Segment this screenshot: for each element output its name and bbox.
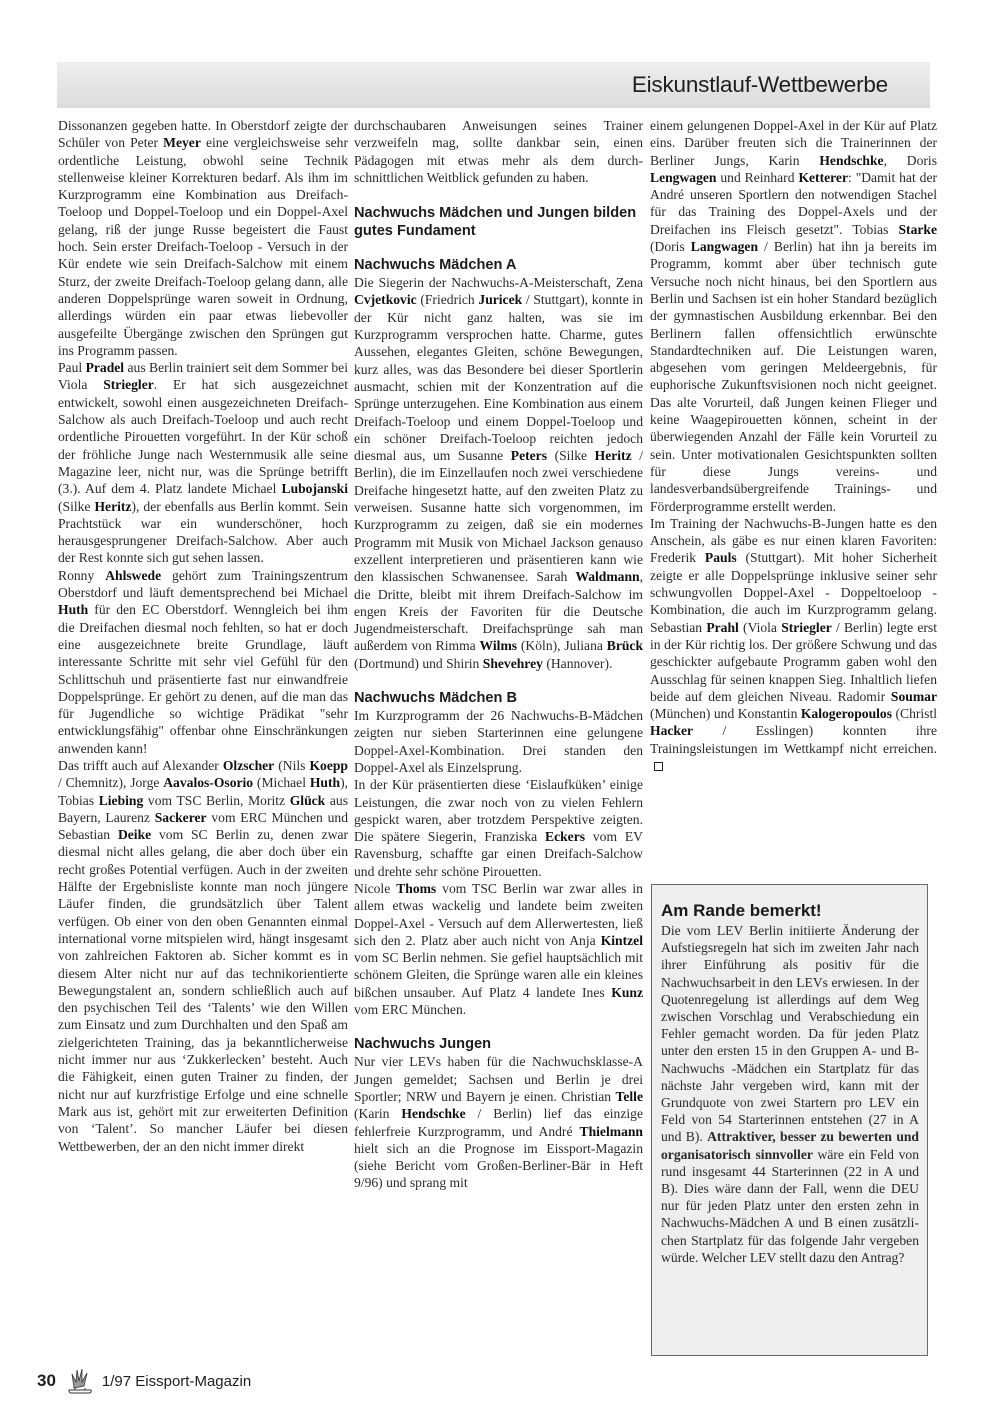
bold-name: Starke <box>898 222 937 237</box>
bold-name: Soumar <box>891 689 937 704</box>
bold-name: Deike <box>118 827 151 842</box>
bold-name: Hendschke <box>819 153 883 168</box>
bold-name: Telle <box>616 1089 643 1104</box>
bold-name: Hendschke <box>401 1106 465 1121</box>
skate-wing-logo-icon <box>66 1366 94 1396</box>
bold-name: Pradel <box>86 360 125 375</box>
bold-name: Kalogeropoulos <box>801 706 892 721</box>
bold-name: Glück <box>290 793 326 808</box>
bold-name: Aavalos-Osorio <box>163 775 253 790</box>
bold-name: Meyer <box>163 135 201 150</box>
bold-name: Peters <box>511 448 547 463</box>
bold-name: Lengwagen <box>650 170 716 185</box>
bold-name: Kintzel <box>601 933 643 948</box>
bold-name: Brück <box>607 638 643 653</box>
bold-name: Hacker <box>650 723 693 738</box>
paragraph: Nicole Thoms vom TSC Berlin war zwar all… <box>354 880 643 1018</box>
bold-name: Ahlswede <box>105 568 161 583</box>
bold-name: Liebing <box>99 793 144 808</box>
bold-name: Heritz <box>94 499 131 514</box>
bold-name: Striegler <box>103 377 154 392</box>
sidebar-box-text: Die vom LEV Berlin initiierte Änderung d… <box>661 922 919 1266</box>
bold-name: Sackerer <box>155 810 207 825</box>
bold-name: Wilms <box>480 638 518 653</box>
article-column-1: Dissonanzen gegeben hatte. In Oberstdorf… <box>58 117 348 1155</box>
bold-name: Cvjetkovic <box>354 292 417 307</box>
paragraph: Ronny Ahlswede gehört zum Trainingszen­t… <box>58 567 348 757</box>
bold-name: Thoms <box>396 881 436 896</box>
bold-name: Pauls <box>705 550 737 565</box>
end-of-article-square-icon <box>654 762 663 771</box>
paragraph: Dissonanzen gegeben hatte. In Oberstdorf… <box>58 117 348 359</box>
paragraph: Im Training der Nachwuchs-B-Jungen hatte… <box>650 515 937 774</box>
issue-label: 1/97 Eissport-Magazin <box>102 1373 251 1390</box>
bold-name: Juricek <box>478 292 522 307</box>
bold-name: Eckers <box>545 829 585 844</box>
bold-name: Wald­mann <box>575 569 639 584</box>
bold-name: Thielmann <box>580 1124 643 1139</box>
paragraph: durchschaubaren Anweisungen seines Trai­… <box>354 117 643 186</box>
bold-name: Shevehrey <box>483 656 543 671</box>
bold-name: Attraktiver, besser zu bewerten und orga… <box>661 1129 919 1161</box>
subheading-jungen: Nachwuchs Jungen <box>354 1035 643 1053</box>
subheading-maedchen-a: Nachwuchs Mädchen A <box>354 256 643 274</box>
sidebar-box-am-rande-bemerkt: Am Rande bemerkt! Die vom LEV Berlin ini… <box>651 884 928 1356</box>
section-title: Eiskunstlauf-Wettbewerbe <box>632 72 888 98</box>
paragraph: Nur vier LEVs haben für die Nachwuchskla… <box>354 1053 643 1191</box>
bold-name: Olzscher <box>223 758 274 773</box>
paragraph: Das trifft auch auf Alexander Olzscher (… <box>58 757 348 1155</box>
subheading-maedchen-b: Nachwuchs Mädchen B <box>354 689 643 707</box>
bold-name: Prahl <box>706 620 738 635</box>
paragraph: In der Kür präsentierten diese ‘Eislaufk… <box>354 776 643 880</box>
bold-name: Lubojanski <box>282 481 349 496</box>
page-footer: 30 1/97 Eissport-Magazin <box>37 1366 251 1396</box>
bold-name: Heritz <box>595 448 632 463</box>
paragraph: Im Kurzprogramm der 26 Nachwuchs-B-Mäd­c… <box>354 707 643 776</box>
paragraph-text: Im Training der Nachwuchs-B-Jungen hatte… <box>650 516 937 756</box>
bold-name: Langwagen <box>691 239 758 254</box>
bold-name: Koepp <box>309 758 348 773</box>
paragraph: Die Siegerin der Nachwuchs-A-Meisterscha… <box>354 274 643 672</box>
article-column-2: durchschaubaren Anweisungen seines Trai­… <box>354 117 643 1192</box>
section-header-band: Eiskunstlauf-Wettbewerbe <box>57 62 930 108</box>
article-column-3: einem gelungenen Doppel-Axel in der Kür … <box>650 117 937 774</box>
section-heading: Nachwuchs Mädchen und Jungen bilden gute… <box>354 204 643 240</box>
sidebar-box-title: Am Rande bemerkt! <box>661 901 919 921</box>
bold-name: Striegler <box>781 620 832 635</box>
bold-name: Ketterer <box>798 170 848 185</box>
bold-name: Huth <box>58 602 88 617</box>
page-number: 30 <box>37 1371 56 1391</box>
paragraph: Paul Pradel aus Berlin trainiert seit de… <box>58 359 348 567</box>
paragraph: einem gelungenen Doppel-Axel in der Kür … <box>650 117 937 515</box>
bold-name: Huth <box>310 775 340 790</box>
bold-name: Kunz <box>611 985 643 1000</box>
